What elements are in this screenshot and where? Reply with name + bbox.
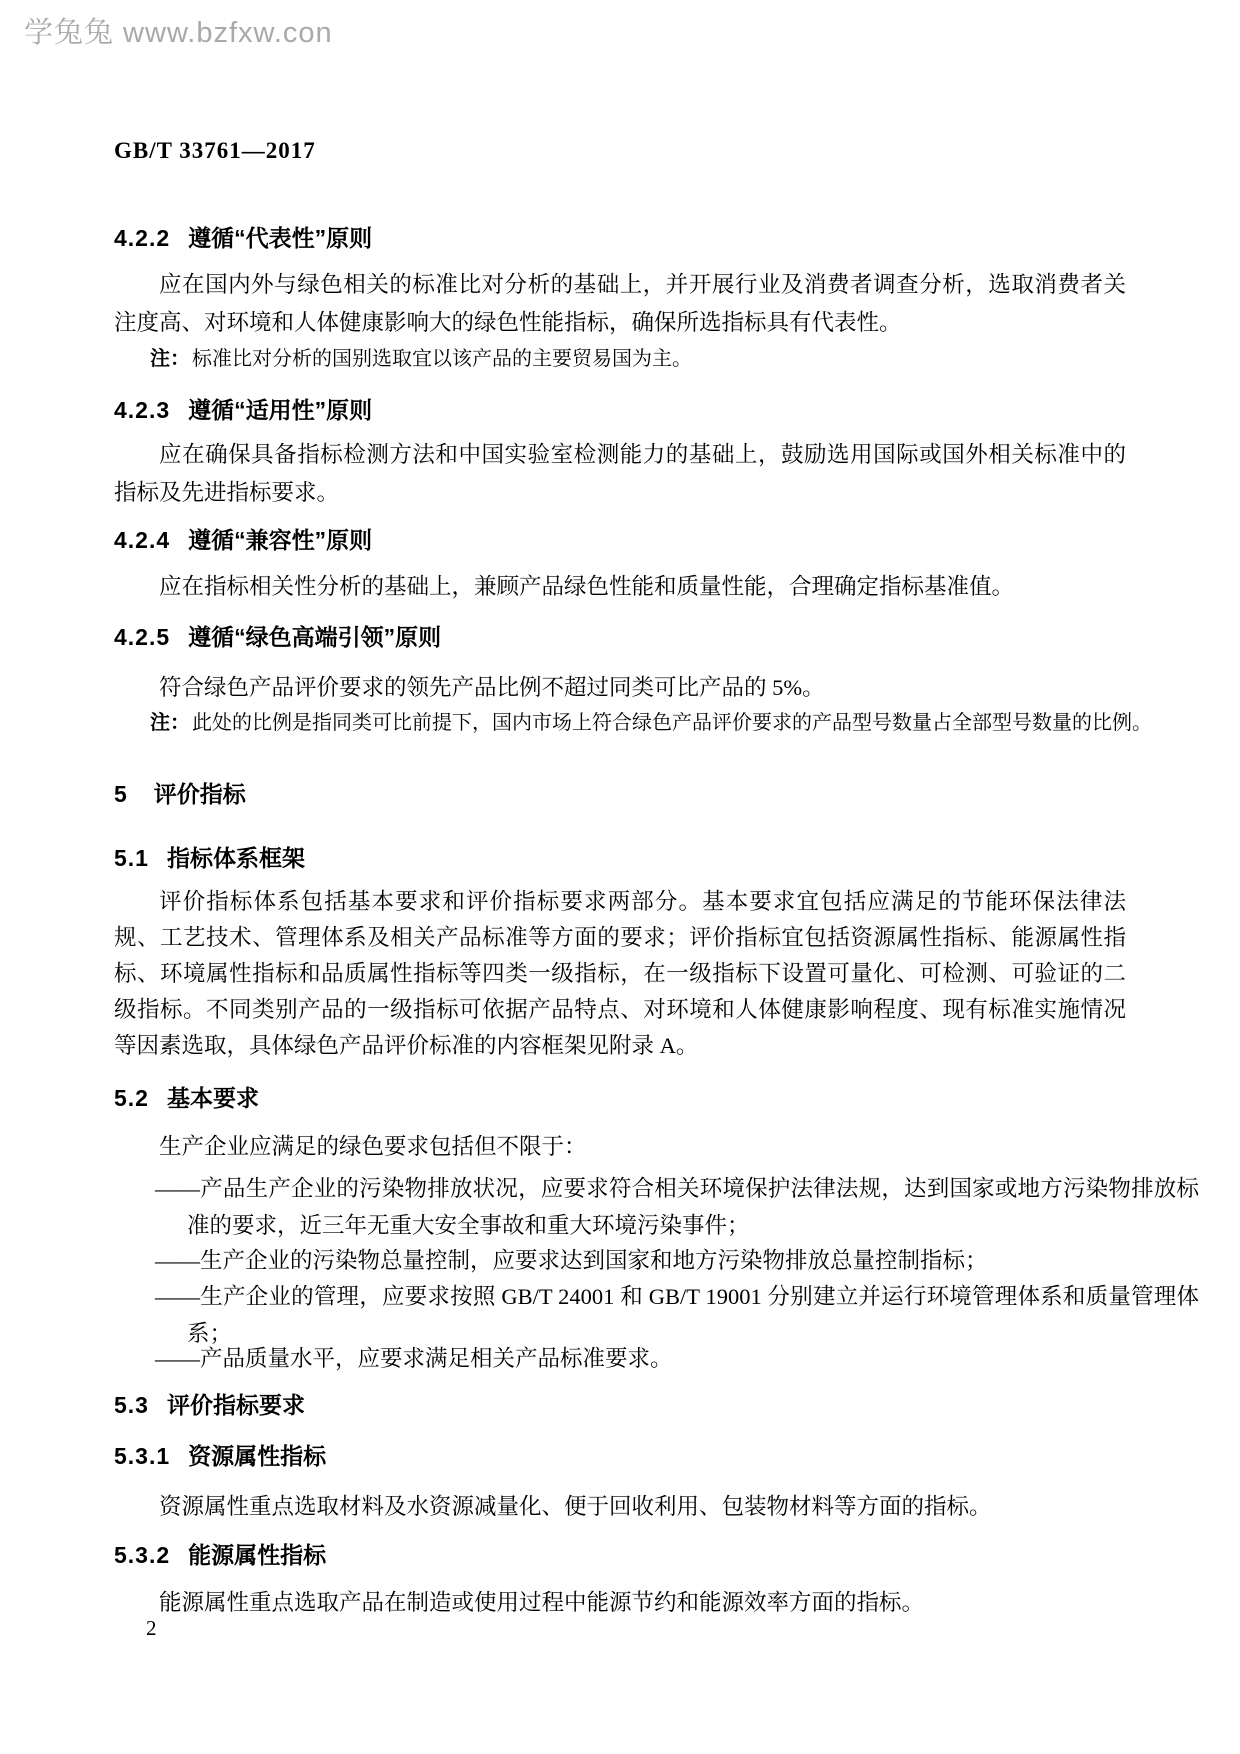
doc-number-header: GB/T 33761—2017 xyxy=(114,138,316,164)
section-title: 遵循“绿色高端引领”原则 xyxy=(188,624,441,650)
section-number: 4.2.5 xyxy=(114,624,170,651)
list-item: ——产品质量水平，应要求满足相关产品标准要求。 xyxy=(114,1340,1199,1377)
section-title: 资源属性指标 xyxy=(188,1443,326,1469)
section-body-4-2-4: 应在指标相关性分析的基础上，兼顾产品绿色性能和质量性能，合理确定指标基准值。 xyxy=(114,568,1126,606)
section-title: 遵循“兼容性”原则 xyxy=(188,527,372,553)
section-number: 5.3 xyxy=(114,1392,149,1419)
chapter-title: 评价指标 xyxy=(154,781,246,807)
section-title: 基本要求 xyxy=(167,1085,259,1111)
section-heading-4-2-5: 4.2.5遵循“绿色高端引领”原则 xyxy=(114,619,1126,652)
section-body-5-1: 评价指标体系包括基本要求和评价指标要求两部分。基本要求宜包括应满足的节能环保法律… xyxy=(114,884,1126,1064)
section-number: 5.3.2 xyxy=(114,1542,170,1569)
page-number: 2 xyxy=(146,1616,157,1641)
section-note-4-2-5: 注：此处的比例是指同类可比前提下，国内市场上符合绿色产品评价要求的产品型号数量占… xyxy=(114,708,1162,738)
section-heading-5-2: 5.2基本要求 xyxy=(114,1080,1126,1113)
section-title: 遵循“代表性”原则 xyxy=(188,225,372,251)
note-text: 此处的比例是指同类可比前提下，国内市场上符合绿色产品评价要求的产品型号数量占全部… xyxy=(192,712,1152,734)
section-note-4-2-2: 注：标准比对分析的国别选取宜以该产品的主要贸易国为主。 xyxy=(114,344,1162,374)
section-body-4-2-2: 应在国内外与绿色相关的标准比对分析的基础上，并开展行业及消费者调查分析，选取消费… xyxy=(114,266,1126,342)
section-heading-4-2-4: 4.2.4遵循“兼容性”原则 xyxy=(114,522,1126,555)
list-item: ——产品生产企业的污染物排放状况，应要求符合相关环境保护法律法规，达到国家或地方… xyxy=(114,1170,1199,1244)
section-number: 5.2 xyxy=(114,1085,149,1112)
list-intro-5-2: 生产企业应满足的绿色要求包括但不限于： xyxy=(114,1128,1126,1166)
section-number: 5.1 xyxy=(114,845,149,872)
note-label: 注： xyxy=(150,348,190,370)
note-label: 注： xyxy=(150,712,190,734)
chapter-heading-5: 5评价指标 xyxy=(114,776,1126,809)
section-body-5-3-1: 资源属性重点选取材料及水资源减量化、便于回收利用、包装物材料等方面的指标。 xyxy=(114,1488,1126,1526)
section-number: 4.2.4 xyxy=(114,527,170,554)
section-heading-5-1: 5.1指标体系框架 xyxy=(114,840,1126,873)
note-text: 标准比对分析的国别选取宜以该产品的主要贸易国为主。 xyxy=(192,348,692,370)
section-heading-5-3-2: 5.3.2能源属性指标 xyxy=(114,1537,1126,1570)
section-title: 评价指标要求 xyxy=(167,1392,305,1418)
document-page: 学兔兔 www.bzfxw.con GB/T 33761—2017 4.2.2遵… xyxy=(0,0,1240,1754)
section-heading-5-3: 5.3评价指标要求 xyxy=(114,1387,1126,1420)
section-heading-4-2-2: 4.2.2遵循“代表性”原则 xyxy=(114,220,1126,253)
section-body-5-3-2: 能源属性重点选取产品在制造或使用过程中能源节约和能源效率方面的指标。 xyxy=(114,1584,1126,1622)
list-item: ——生产企业的污染物总量控制，应要求达到国家和地方污染物排放总量控制指标； xyxy=(114,1242,1199,1279)
section-heading-5-3-1: 5.3.1资源属性指标 xyxy=(114,1438,1126,1471)
section-body-4-2-5: 符合绿色产品评价要求的领先产品比例不超过同类可比产品的 5%。 xyxy=(114,669,1126,707)
chapter-number: 5 xyxy=(114,781,128,808)
section-number: 4.2.3 xyxy=(114,397,170,424)
section-title: 指标体系框架 xyxy=(167,845,305,871)
section-heading-4-2-3: 4.2.3遵循“适用性”原则 xyxy=(114,392,1126,425)
section-title: 遵循“适用性”原则 xyxy=(188,397,372,423)
section-title: 能源属性指标 xyxy=(188,1542,326,1568)
section-number: 5.3.1 xyxy=(114,1443,170,1470)
section-number: 4.2.2 xyxy=(114,225,170,252)
section-body-4-2-3: 应在确保具备指标检测方法和中国实验室检测能力的基础上，鼓励选用国际或国外相关标准… xyxy=(114,436,1126,512)
watermark: 学兔兔 www.bzfxw.con xyxy=(24,10,333,51)
